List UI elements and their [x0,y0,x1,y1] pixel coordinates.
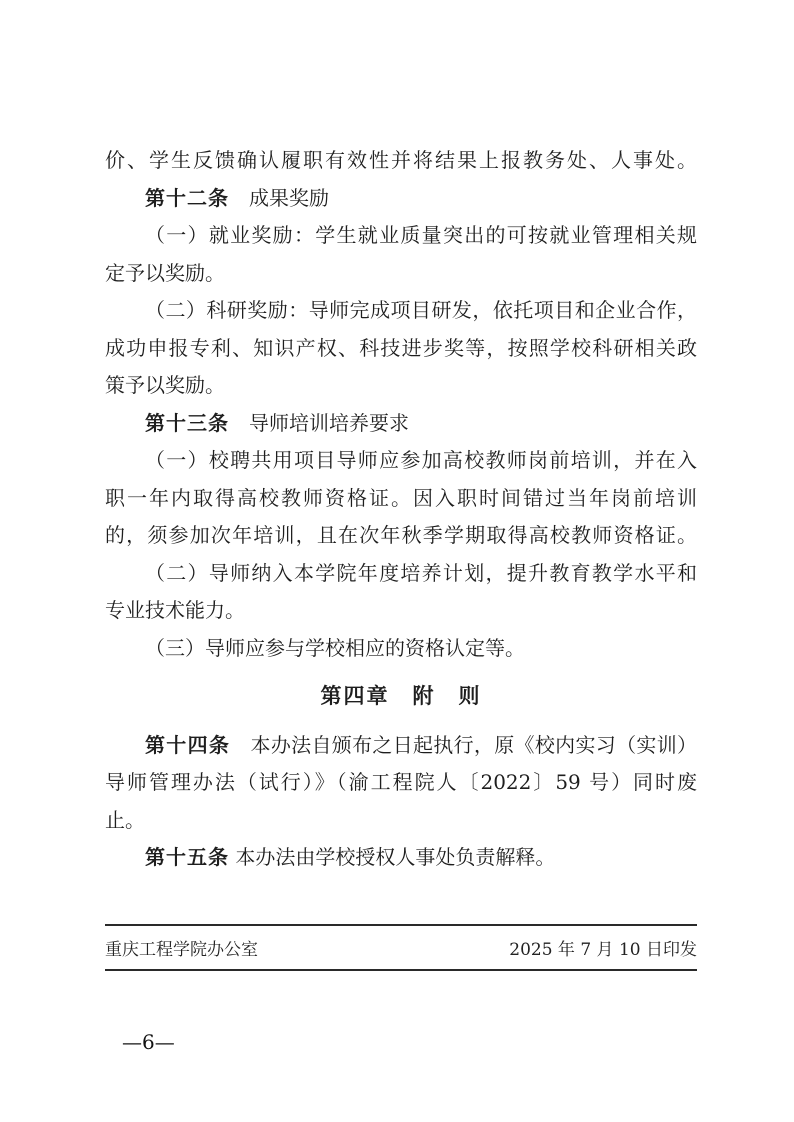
body-line: （一）就业奖励：学生就业质量突出的可按就业管理相关规 [105,217,697,255]
body-text: 成果奖励 [229,186,329,210]
body-text: 定予以奖励。 [105,261,225,285]
body-line: 第十五条 本办法由学校授权人事处负责解释。 [105,839,697,877]
footer-issuing-office: 重庆工程学院办公室 [105,932,258,969]
body-text: 成功申报专利、知识产权、科技进步奖等，按照学校科研相关政 [105,336,697,360]
body-line: 价、学生反馈确认履职有效性并将结果上报教务处、人事处。 [105,142,697,180]
body-line: 止。 [105,802,697,840]
body-line: 成功申报专利、知识产权、科技进步奖等，按照学校科研相关政 [105,330,697,368]
document-page: 价、学生反馈确认履职有效性并将结果上报教务处、人事处。 第十二条 成果奖励 （一… [0,0,794,1122]
body-text: （一）就业奖励：学生就业质量突出的可按就业管理相关规 [145,223,697,247]
page-body: 价、学生反馈确认履职有效性并将结果上报教务处、人事处。 第十二条 成果奖励 （一… [105,142,697,877]
footer-row: 重庆工程学院办公室 2025 年 7 月 10 日印发 [105,932,697,969]
body-line: （二）科研奖励：导师完成项目研发，依托项目和企业合作， [105,292,697,330]
body-text: 本办法由学校授权人事处负责解释。 [229,845,555,869]
footer-print-date: 2025 年 7 月 10 日印发 [509,932,697,969]
body-line: 第十四条 本办法自颁布之日起执行，原《校内实习（实训） [105,727,697,765]
body-text: 专业技术能力。 [105,598,245,622]
body-text: 策予以奖励。 [105,373,225,397]
article-label: 第十二条 [145,186,229,210]
body-text: （二）导师纳入本学院年度培养计划，提升教育教学水平和 [145,561,697,585]
body-line: 定予以奖励。 [105,255,697,293]
article-label: 第十三条 [145,411,229,435]
body-line: 导师管理办法（试行）》（渝工程院人〔2022〕59 号）同时废 [105,764,697,802]
article-label: 第十四条 [145,733,230,757]
body-line: 的，须参加次年培训，且在次年秋季学期取得高校教师资格证。 [105,517,697,555]
body-text: 的，须参加次年培训，且在次年秋季学期取得高校教师资格证。 [105,523,697,547]
body-text: （一）校聘共用项目导师应参加高校教师岗前培训，并在入 [145,448,697,472]
body-line: 策予以奖励。 [105,367,697,405]
body-text: （二）科研奖励：导师完成项目研发，依托项目和企业合作， [145,298,697,322]
body-text: 职一年内取得高校教师资格证。因入职时间错过当年岗前培训 [105,486,697,510]
body-line: （二）导师纳入本学院年度培养计划，提升教育教学水平和 [105,555,697,593]
body-text: （三）导师应参与学校相应的资格认定等。 [145,636,525,660]
body-text: 本办法自颁布之日起执行，原《校内实习（实训） [230,733,697,757]
page-number: —6— [122,1028,175,1056]
footer-bottom-rule [105,969,697,971]
body-line: 专业技术能力。 [105,592,697,630]
body-text: 导师管理办法（试行）》（渝工程院人〔2022〕59 号）同时废 [105,770,697,794]
body-line: 第十二条 成果奖励 [105,180,697,218]
body-text: 导师培训培养要求 [229,411,409,435]
article-label: 第十五条 [145,845,229,869]
body-line: 第十三条 导师培训培养要求 [105,405,697,443]
body-text: 止。 [105,808,145,832]
body-line: （一）校聘共用项目导师应参加高校教师岗前培训，并在入 [105,442,697,480]
footer-top-rule [105,924,697,926]
body-line: （三）导师应参与学校相应的资格认定等。 [105,630,697,668]
chapter-heading: 第四章 附 则 [105,678,697,716]
body-text: 价、学生反馈确认履职有效性并将结果上报教务处、人事处。 [105,148,697,172]
body-line: 职一年内取得高校教师资格证。因入职时间错过当年岗前培训 [105,480,697,518]
